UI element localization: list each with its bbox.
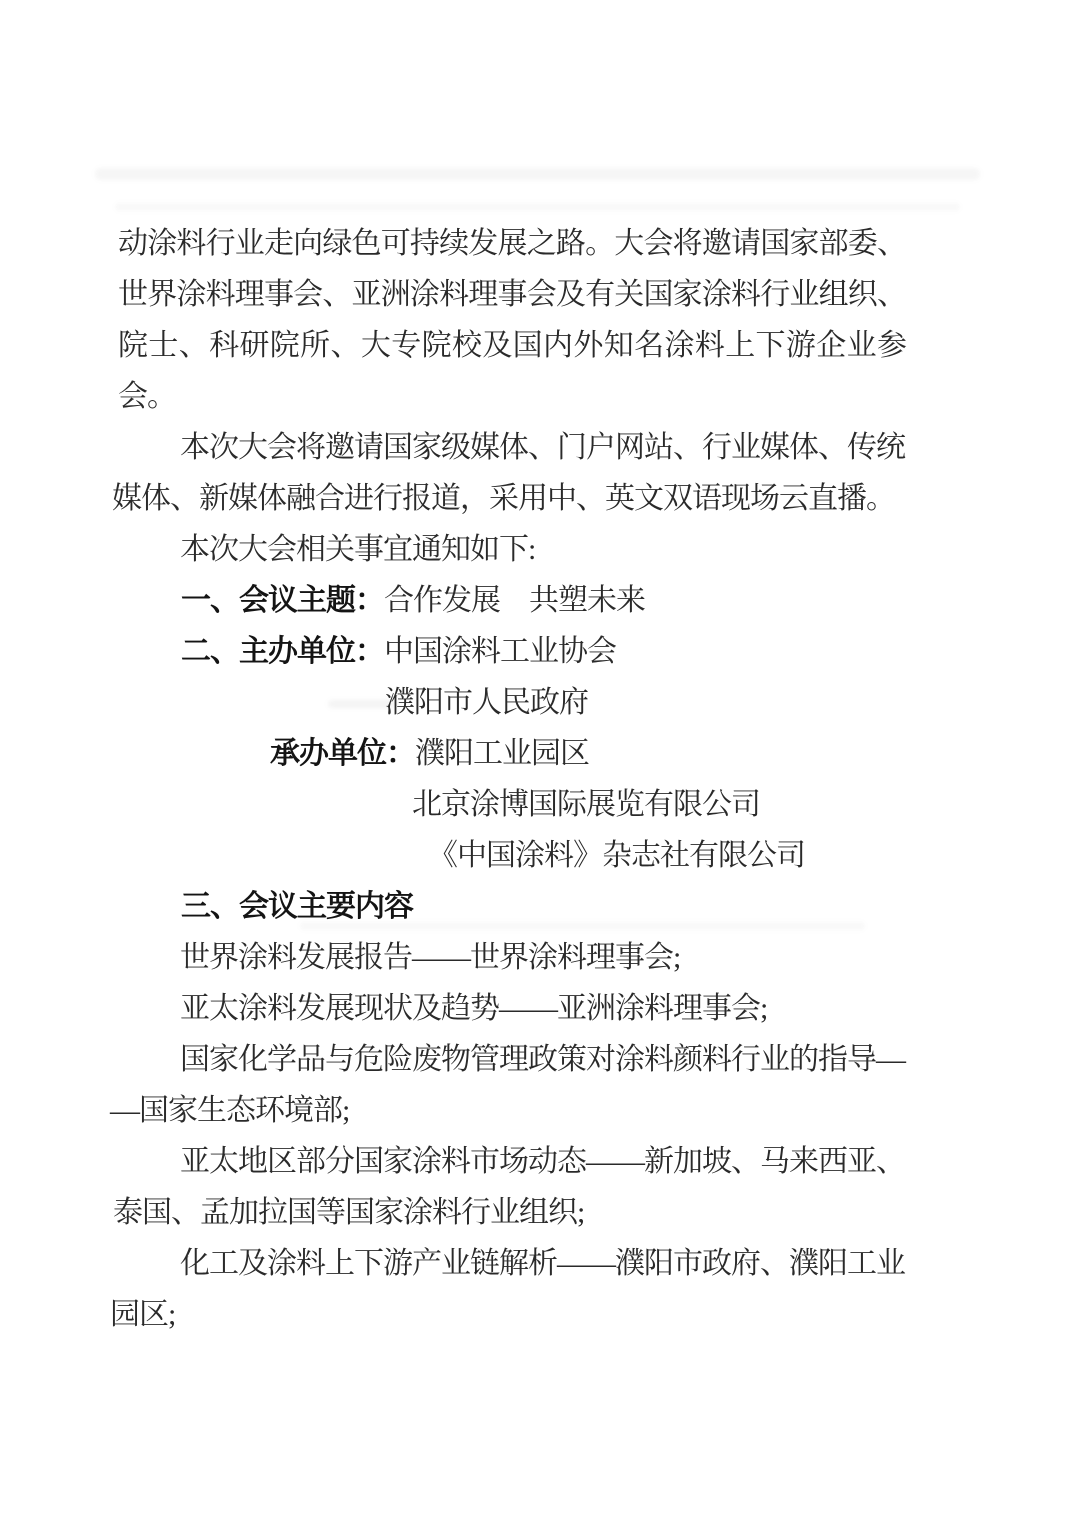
document-page: 动涂料行业走向绿色可持续发展之路。大会将邀请国家部委、世界涂料理事会、亚洲涂料理…	[0, 0, 1080, 1527]
text-run: —国家生态环境部;	[110, 1094, 349, 1127]
text-run: 本次大会相关事宜通知如下:	[180, 533, 535, 566]
line-content-item-1: 世界涂料发展报告——世界涂料理事会;	[180, 941, 680, 975]
line-organizer-1: 二、主办单位：中国涂料工业协会	[181, 635, 616, 669]
section-heading-label: 三、会议主要内容	[181, 890, 413, 923]
para-media-line-2: 媒体、新媒体融合进行报道，采用中、英文双语现场云直播。	[112, 482, 895, 516]
line-content-item-3a: 国家化学品与危险废物管理政策对涂料颜料行业的指导—	[180, 1043, 905, 1077]
para-notice-intro: 本次大会相关事宜通知如下:	[180, 533, 535, 567]
line-coorganizer-2: 北京涂博国际展览有限公司	[412, 788, 760, 822]
line-coorganizer-3: 《中国涂料》杂志社有限公司	[428, 839, 805, 873]
text-run: 本次大会将邀请国家级媒体、门户网站、行业媒体、传统	[180, 431, 905, 464]
para-invite-line-1: 动涂料行业走向绿色可持续发展之路。大会将邀请国家部委、	[118, 227, 906, 261]
text-run: 合作发展 共塑未来	[384, 584, 645, 617]
line-organizer-2: 濮阳市人民政府	[385, 686, 588, 720]
text-run: 《中国涂料》杂志社有限公司	[428, 839, 805, 872]
text-run: 泰国、孟加拉国等国家涂料行业组织;	[113, 1196, 584, 1229]
section-heading-label: 二、主办单位：	[181, 635, 384, 668]
text-run: 濮阳工业园区	[415, 737, 589, 770]
section-heading-label: 一、会议主题：	[181, 584, 384, 617]
section-heading-label: 承办单位：	[270, 737, 415, 770]
text-run: 亚太涂料发展现状及趋势——亚洲涂料理事会;	[180, 992, 767, 1025]
line-content-item-2: 亚太涂料发展现状及趋势——亚洲涂料理事会;	[180, 992, 767, 1026]
text-run: 化工及涂料上下游产业链解析——濮阳市政府、濮阳工业	[180, 1247, 905, 1280]
line-content-item-5b: 园区;	[110, 1298, 175, 1332]
line-content-item-4a: 亚太地区部分国家涂料市场动态——新加坡、马来西亚、	[180, 1145, 905, 1179]
text-run: 国家化学品与危险废物管理政策对涂料颜料行业的指导—	[180, 1043, 905, 1076]
text-run: 中国涂料工业协会	[384, 635, 616, 668]
line-content-heading: 三、会议主要内容	[181, 890, 413, 924]
scan-noise-band	[95, 168, 980, 180]
text-run: 濮阳市人民政府	[385, 686, 588, 719]
line-content-item-3b: —国家生态环境部;	[110, 1094, 349, 1128]
text-run: 北京涂博国际展览有限公司	[412, 788, 760, 821]
scan-noise-band	[115, 203, 960, 211]
text-run: 亚太地区部分国家涂料市场动态——新加坡、马来西亚、	[180, 1145, 905, 1178]
text-run: 院士、科研院所、大专院校及国内外知名涂料上下游企业参	[118, 329, 906, 362]
text-run: 世界涂料理事会、亚洲涂料理事会及有关国家涂料行业组织、	[118, 278, 906, 311]
para-invite-line-3: 院士、科研院所、大专院校及国内外知名涂料上下游企业参	[118, 329, 906, 363]
line-coorganizer-1: 承办单位：濮阳工业园区	[270, 737, 589, 771]
para-invite-line-2: 世界涂料理事会、亚洲涂料理事会及有关国家涂料行业组织、	[118, 278, 906, 312]
text-run: 会。	[118, 380, 176, 413]
line-content-item-4b: 泰国、孟加拉国等国家涂料行业组织;	[113, 1196, 584, 1230]
line-content-item-5a: 化工及涂料上下游产业链解析——濮阳市政府、濮阳工业	[180, 1247, 905, 1281]
text-run: 园区;	[110, 1298, 175, 1331]
text-run: 世界涂料发展报告——世界涂料理事会;	[180, 941, 680, 974]
para-media-line-1: 本次大会将邀请国家级媒体、门户网站、行业媒体、传统	[180, 431, 905, 465]
line-theme: 一、会议主题：合作发展 共塑未来	[181, 584, 645, 618]
text-run: 媒体、新媒体融合进行报道，采用中、英文双语现场云直播。	[112, 482, 895, 515]
text-run: 动涂料行业走向绿色可持续发展之路。大会将邀请国家部委、	[118, 227, 906, 260]
para-invite-line-4: 会。	[118, 380, 176, 414]
